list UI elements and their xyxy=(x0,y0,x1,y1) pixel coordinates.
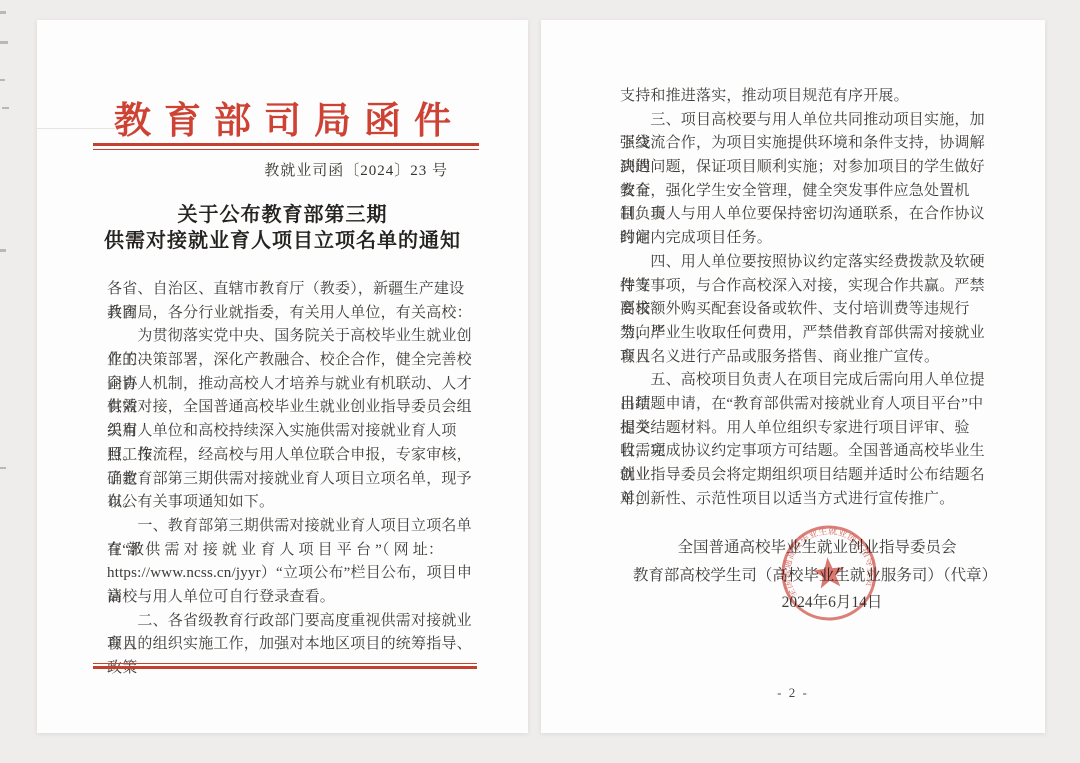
document-line: 对创新性、示范性项目以适当方式进行宣传推广。 xyxy=(620,488,992,512)
seal-star-icon xyxy=(811,556,846,590)
document-page-2: 支持和推进落实，推动项目规范有序开展。 三、项目高校要与用人单位共同推动项目实施… xyxy=(541,20,1045,733)
document-line: 二、各省级教育行政部门要高度重视供需对接就业育人 xyxy=(107,610,479,634)
document-line: 四、用人单位要按照协议约定落实经费拨款及软硬件支 xyxy=(620,251,992,275)
seal-ring-text: 全国普通高校毕业生就业创业指导委员会 xyxy=(763,507,879,603)
scan-edge-artifact xyxy=(0,11,6,14)
document-line: 三、项目高校要与用人单位共同推动项目实施，加强线 xyxy=(620,109,992,133)
document-line: 同育人机制，推动高校人才培养与就业有机联动、人才供需 xyxy=(107,373,479,397)
document-line: 目需完成协议约定事项方可结题。全国普通高校毕业生就业 xyxy=(620,440,992,464)
scan-edge-artifact xyxy=(0,79,5,81)
document-title-line-1: 关于公布教育部第三期 xyxy=(37,203,528,229)
document-page-1: 教育部司局函件 教就业司函〔2024〕23 号 关于公布教育部第三期 供需对接就… xyxy=(37,20,528,733)
document-line: 五、高校项目负责人在项目完成后需向用人单位提出项 xyxy=(620,369,992,393)
document-line: https://www.ncss.cn/jyyr）“立项公布”栏目公布，项目申请 xyxy=(107,562,479,586)
document-line: 目负责人与用人单位要保持密切沟通联系，在合作协议约定 xyxy=(620,203,992,227)
document-line: 作的决策部署，深化产教融合、校企合作，健全完善校企协 xyxy=(107,349,479,373)
document-line: 教育局，各分行业就指委，有关用人单位，有关高校： xyxy=(107,302,479,326)
footer-rule-thin xyxy=(93,663,477,664)
document-line: 布。有关事项通知如下。 xyxy=(107,491,479,515)
document-line: 持等事项，与合作高校深入对接，实现合作共赢。严禁要求 xyxy=(620,275,992,299)
svg-text:全国普通高校毕业生就业创业指导委员会: 全国普通高校毕业生就业创业指导委员会 xyxy=(763,507,879,603)
document-line: 育 部 供 需 对 接 就 业 育 人 项 目 平 台 ”（ 网 址： xyxy=(107,539,479,563)
document-line: 照工作流程，经高校与用人单位联合申报，专家审核，确定 xyxy=(107,444,479,468)
document-line: 相关结题材料。用人单位组织专家进行项目评审、验收，项 xyxy=(620,417,992,441)
document-line: 项目名义进行产品或服务搭售、商业推广宣传。 xyxy=(620,346,992,370)
official-red-seal: 全国普通高校毕业生就业创业指导委员会 xyxy=(763,507,895,639)
document-line: 高校额外购买配套设备或软件、支付培训费等违规行为，严 xyxy=(620,298,992,322)
scan-edge-artifact xyxy=(0,41,8,44)
scan-edge-artifact xyxy=(0,467,6,469)
document-line: 各省、自治区、直辖市教育厅（教委），新疆生产建设兵团 xyxy=(107,278,479,302)
page-number: - 2 - xyxy=(541,685,1045,701)
footer-rule-thick xyxy=(93,666,477,669)
document-line: 时间内完成项目任务。 xyxy=(620,227,992,251)
document-line: 教育，强化学生安全管理，健全突发事件应急处置机制。项 xyxy=(620,180,992,204)
document-line: 项目的组织实施工作，加强对本地区项目的统筹指导、政策 xyxy=(107,633,479,657)
letterhead-title: 教育部司局函件 xyxy=(37,100,528,144)
letterhead-rule-thin xyxy=(93,149,479,150)
scan-edge-artifact xyxy=(0,249,6,252)
document-line: 关用人单位和高校持续深入实施供需对接就业育人项目。按 xyxy=(107,420,479,444)
page2-body-text: 支持和推进落实，推动项目规范有序开展。 三、项目高校要与用人单位共同推动项目实施… xyxy=(620,85,992,511)
document-title: 关于公布教育部第三期 供需对接就业育人项目立项名单的通知 xyxy=(37,203,528,254)
scanned-document-viewport: { "document": { "letterhead": "教育部司局函件",… xyxy=(0,0,1080,763)
document-line: 有效对接，全国普通高校毕业生就业创业指导委员会组织有 xyxy=(107,396,479,420)
document-line: 创业指导委员会将定期组织项目结题并适时公布结题名单， xyxy=(620,464,992,488)
document-line: 高校与用人单位可自行登录查看。 xyxy=(107,586,479,610)
scan-edge-artifact xyxy=(2,107,9,109)
document-line: 一、教育部第三期供需对接就业育人项目立项名单在“教 xyxy=(107,515,479,539)
page1-body-text: 各省、自治区、直辖市教育厅（教委），新疆生产建设兵团教育局，各分行业就指委，有关… xyxy=(107,278,479,657)
document-line: 目结题申请，在“教育部供需对接就业育人项目平台”中提交 xyxy=(620,393,992,417)
document-title-line-2: 供需对接就业育人项目立项名单的通知 xyxy=(37,229,528,255)
document-line: 到的问题，保证项目顺利实施；对参加项目的学生做好安全 xyxy=(620,156,992,180)
document-line: 禁向毕业生收取任何费用，严禁借教育部供需对接就业育人 xyxy=(620,322,992,346)
document-line: 支持和推进落实，推动项目规范有序开展。 xyxy=(620,85,992,109)
document-number: 教就业司函〔2024〕23 号 xyxy=(264,159,448,180)
document-line: 了教育部第三期供需对接就业育人项目立项名单，现予以公 xyxy=(107,468,479,492)
document-line: 为贯彻落实党中央、国务院关于高校毕业生就业创业工 xyxy=(107,325,479,349)
document-line: 下交流合作，为项目实施提供环境和条件支持，协调解决遇 xyxy=(620,132,992,156)
letterhead-rule-thick xyxy=(93,143,479,146)
